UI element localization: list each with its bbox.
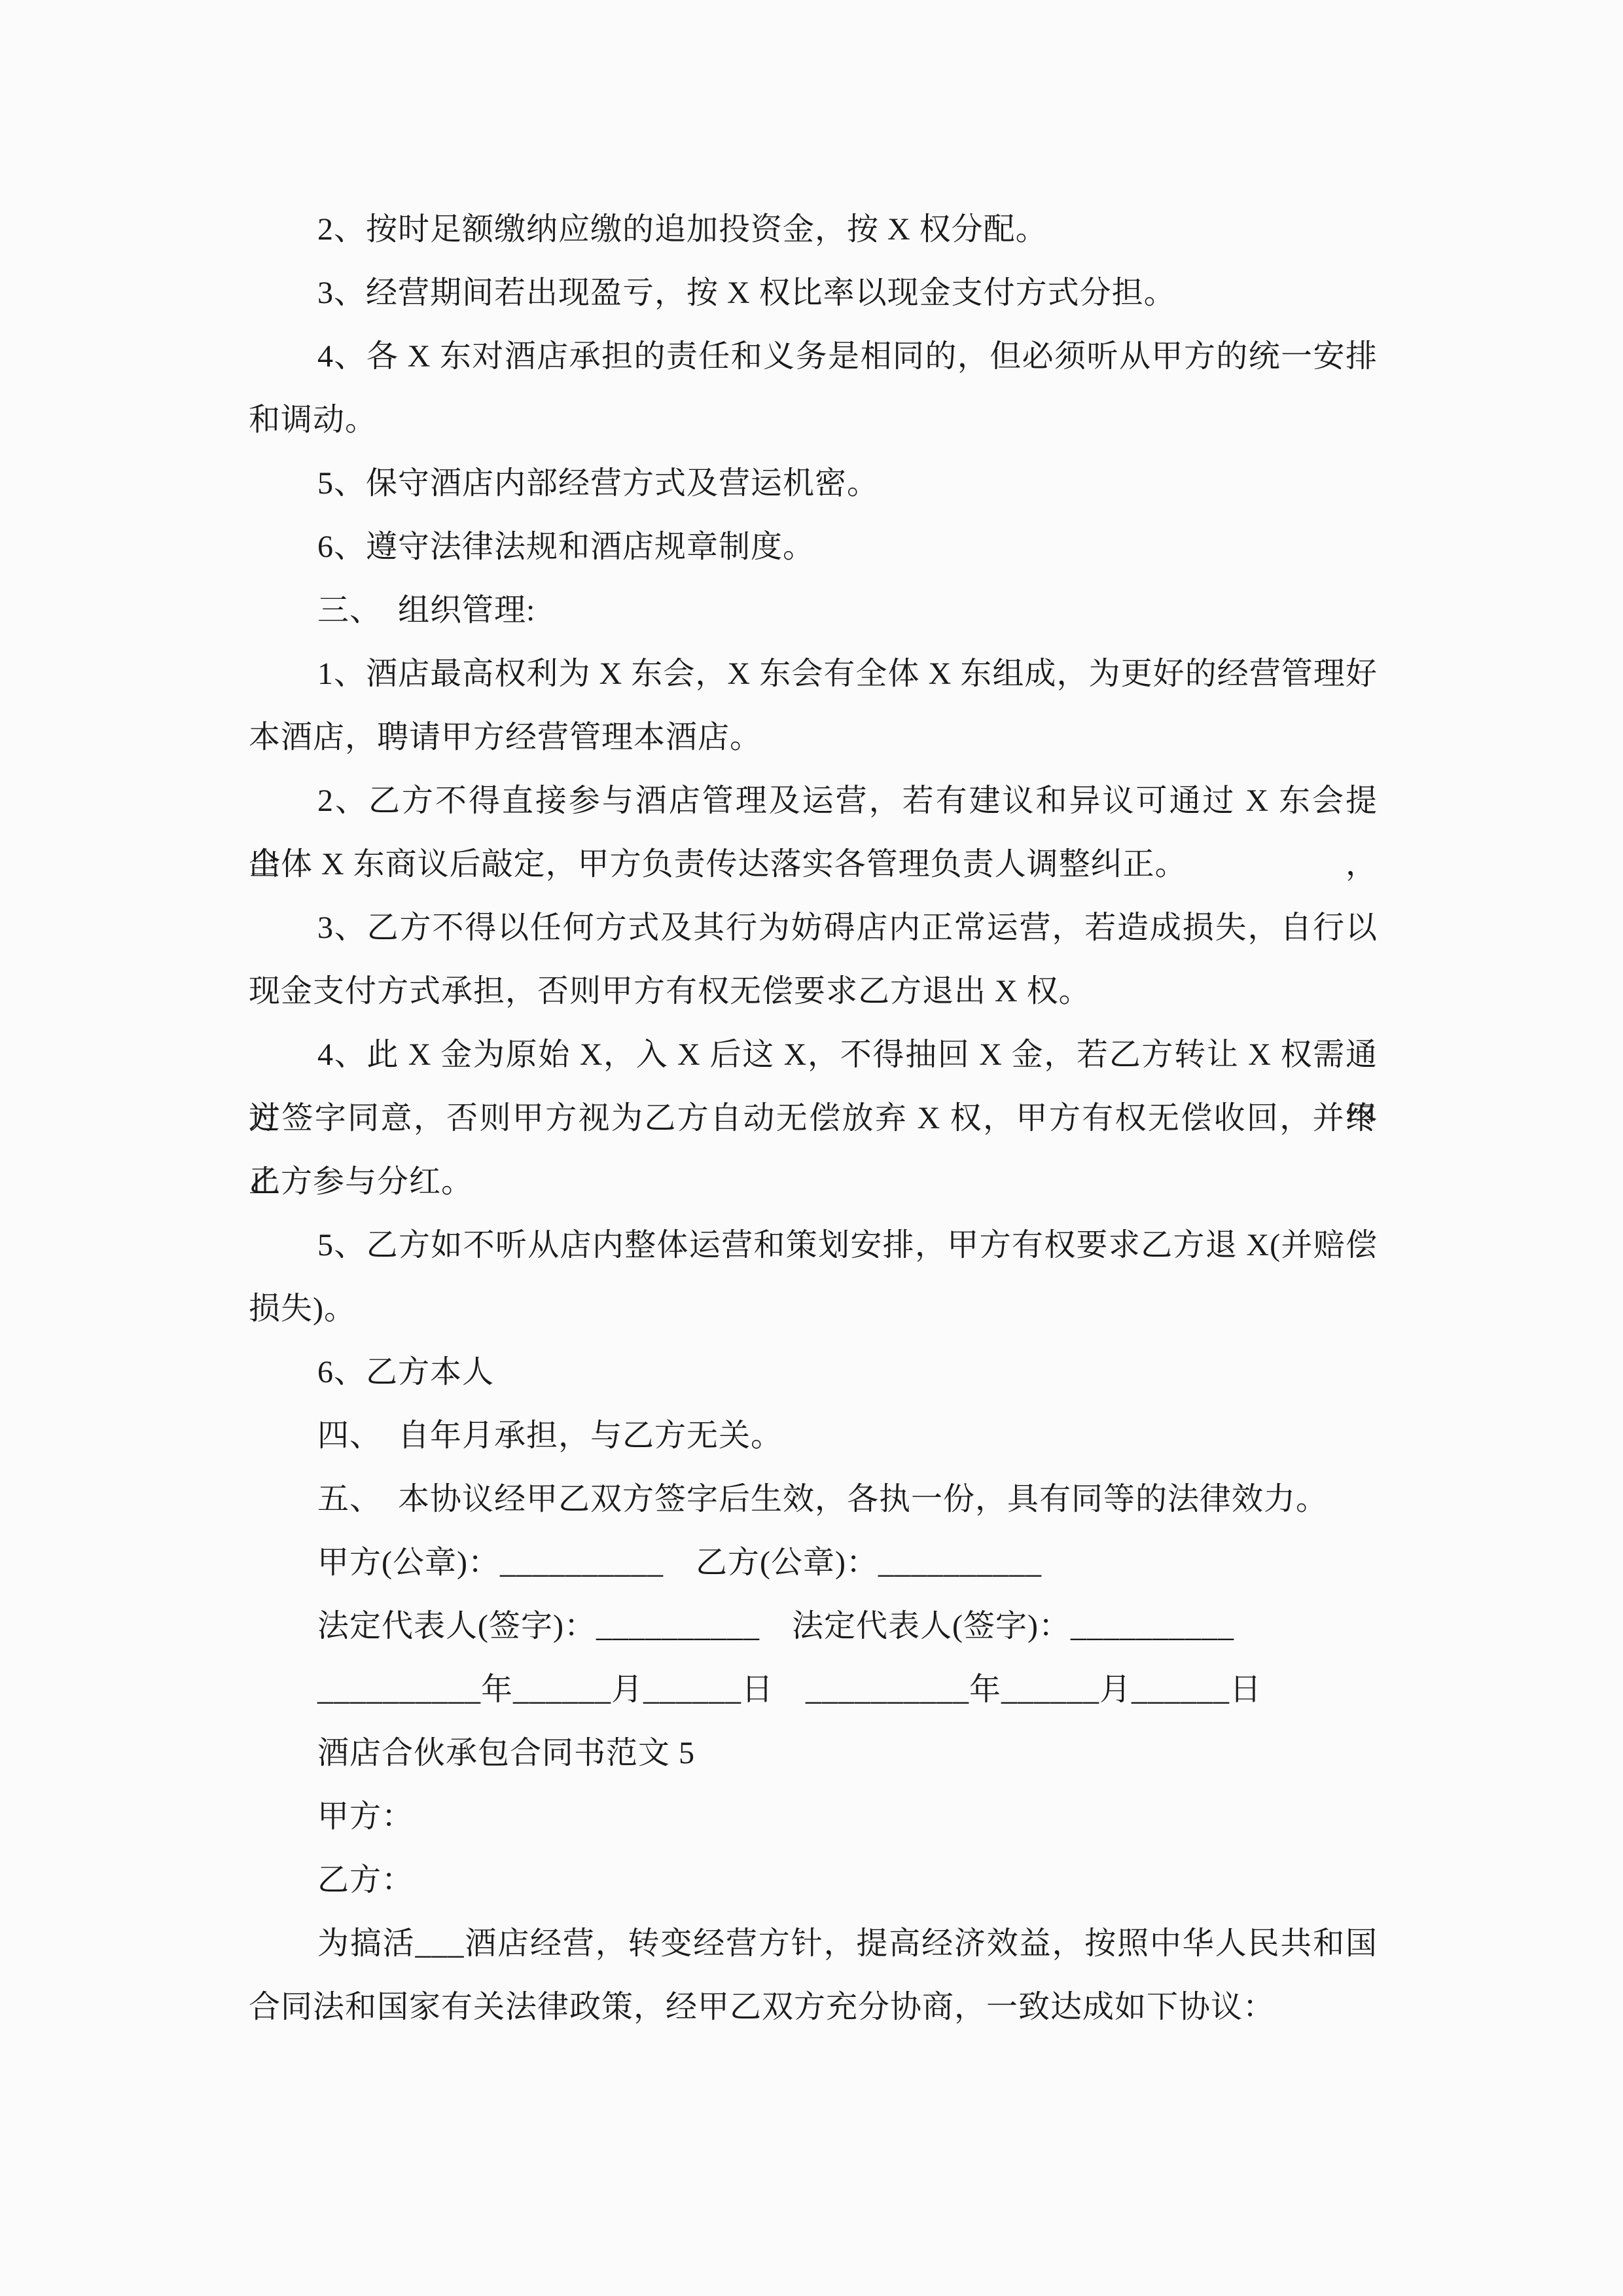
doc-line: 6、乙方本人 [249,1340,1378,1404]
signature-line-party-seals: 甲方(公章)：__________ 乙方(公章)：__________ [249,1531,1378,1594]
doc-line: 3、乙方不得以任何方式及其行为妨碍店内正常运营，若造成损失，自行以 [249,896,1378,960]
party-a-label: 甲方： [249,1785,1378,1848]
doc-line: 本酒店，聘请甲方经营管理本酒店。 [249,706,1378,769]
doc-line: 2、乙方不得直接参与酒店管理及运营，若有建议和异议可通过 X 东会提出， [249,769,1378,833]
doc-line: 为搞活___酒店经营，转变经营方针，提高经济效益，按照中华人民共和国 [249,1912,1378,1975]
doc-section-heading: 四、 自年月承担，与乙方无关。 [249,1404,1378,1467]
doc-line: 3、经营期间若出现盈亏，按 X 权比率以现金支付方式分担。 [249,261,1378,325]
doc-line: 方签字同意，否则甲方视为乙方自动无偿放弃 X 权，甲方有权无偿收回，并终止 [249,1086,1378,1150]
doc-line: 5、乙方如不听从店内整体运营和策划安排，甲方有权要求乙方退 X(并赔偿 [249,1213,1378,1277]
doc-line: 现金支付方式承担，否则甲方有权无偿要求乙方退出 X 权。 [249,960,1378,1023]
doc-line: 5、保守酒店内部经营方式及营运机密。 [249,452,1378,515]
document-body: 2、按时足额缴纳应缴的追加投资金，按 X 权分配。 3、经营期间若出现盈亏，按 … [249,198,1378,2039]
doc-line: 合同法和国家有关法律政策，经甲乙双方充分协商，一致达成如下协议： [249,1975,1378,2039]
doc-subtitle: 酒店合伙承包合同书范文 5 [249,1721,1378,1785]
doc-line: 1、酒店最高权利为 X 东会，X 东会有全体 X 东组成，为更好的经营管理好 [249,642,1378,706]
signature-line-dates: __________年______月______日 __________年___… [249,1658,1378,1721]
doc-section-heading: 三、 组织管理: [249,579,1378,642]
doc-section-heading: 五、 本协议经甲乙双方签字后生效，各执一份，具有同等的法律效力。 [249,1467,1378,1531]
document-page: 2、按时足额缴纳应缴的追加投资金，按 X 权分配。 3、经营期间若出现盈亏，按 … [0,0,1623,2296]
doc-line: 和调动。 [249,388,1378,452]
doc-line: 4、各 X 东对酒店承担的责任和义务是相同的，但必须听从甲方的统一安排 [249,325,1378,388]
doc-line: 损失)。 [249,1277,1378,1340]
doc-line: 2、按时足额缴纳应缴的追加投资金，按 X 权分配。 [249,198,1378,261]
doc-line: 4、此 X 金为原始 X，入 X 后这 X，不得抽回 X 金，若乙方转让 X 权… [249,1023,1378,1086]
party-b-label: 乙方： [249,1848,1378,1912]
doc-line: 乙方参与分红。 [249,1150,1378,1213]
doc-line: 6、遵守法律法规和酒店规章制度。 [249,515,1378,579]
signature-line-representatives: 法定代表人(签字)：__________ 法定代表人(签字)：_________… [249,1594,1378,1658]
